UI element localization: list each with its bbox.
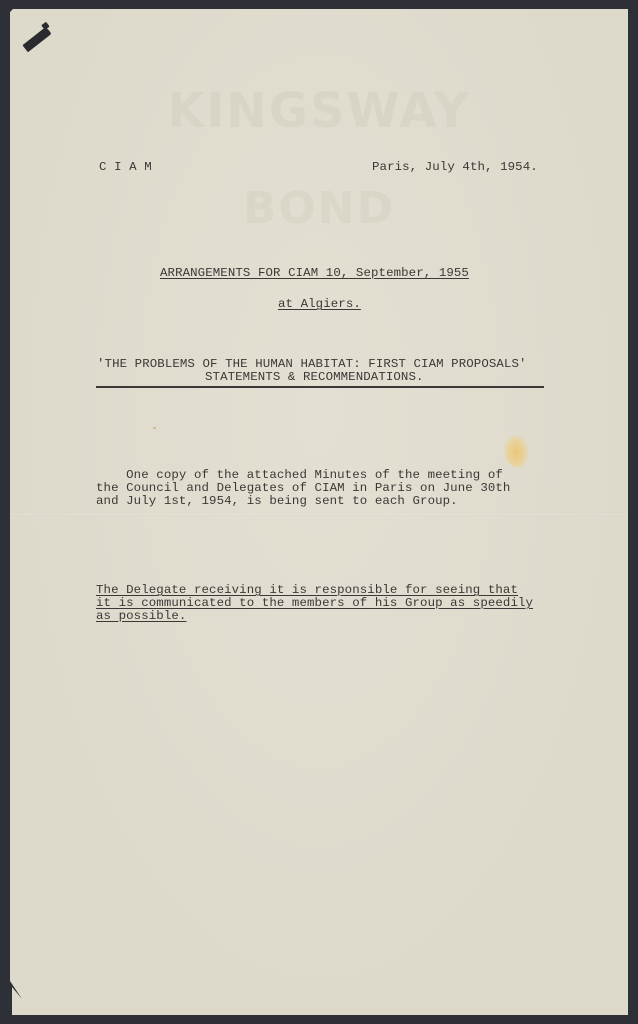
subtitle-line-2: STATEMENTS & RECOMMENDATIONS.	[205, 371, 424, 384]
letterhead-ciam: C I A M	[99, 161, 152, 174]
title-line-1: ARRANGEMENTS FOR CIAM 10, September, 195…	[160, 267, 469, 280]
title-line-2: at Algiers.	[278, 298, 361, 311]
paper-speck	[153, 427, 156, 429]
torn-corner-mark	[22, 27, 51, 53]
fold-line	[10, 514, 628, 516]
document-page: KINGSWAY BOND C I A M Paris, July 4th, 1…	[10, 9, 628, 1015]
subtitle-rule	[96, 386, 544, 388]
paragraph-2-line-3: as possible.	[96, 610, 186, 623]
watermark-line-1: KINGSWAY	[10, 83, 628, 139]
paragraph-1-line-3: and July 1st, 1954, is being sent to eac…	[96, 495, 458, 508]
watermark-line-2: BOND	[10, 183, 628, 234]
date-line: Paris, July 4th, 1954.	[372, 161, 538, 174]
paper-stain	[504, 435, 528, 467]
